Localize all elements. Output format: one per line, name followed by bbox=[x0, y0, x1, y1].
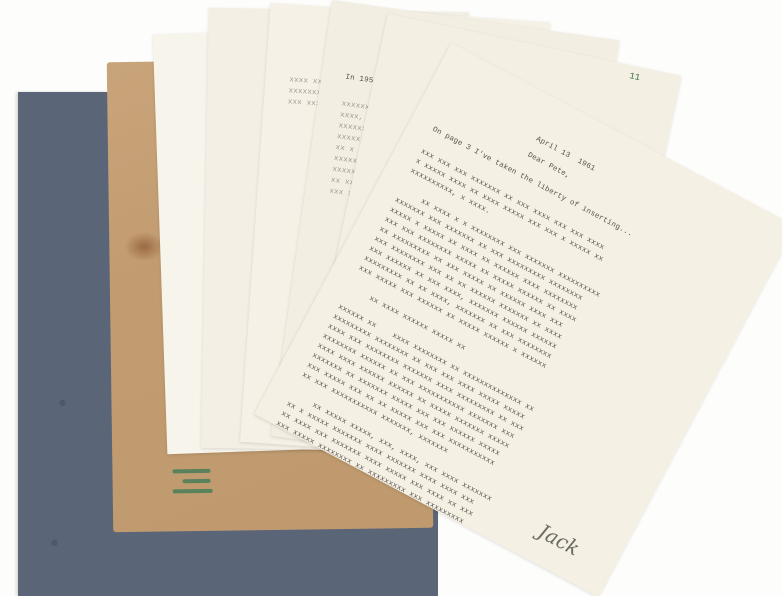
green-mark bbox=[173, 489, 213, 494]
board-mark: • bbox=[48, 532, 61, 557]
board-mark: • bbox=[56, 392, 69, 417]
folder-stain bbox=[124, 231, 164, 262]
green-mark bbox=[183, 479, 211, 483]
green-mark bbox=[172, 469, 210, 474]
page-number: 11 bbox=[628, 71, 641, 83]
photo-scene: • • xxxx xxxxxx xx xxx xxxxx xxxx xxxxxx… bbox=[0, 0, 782, 596]
